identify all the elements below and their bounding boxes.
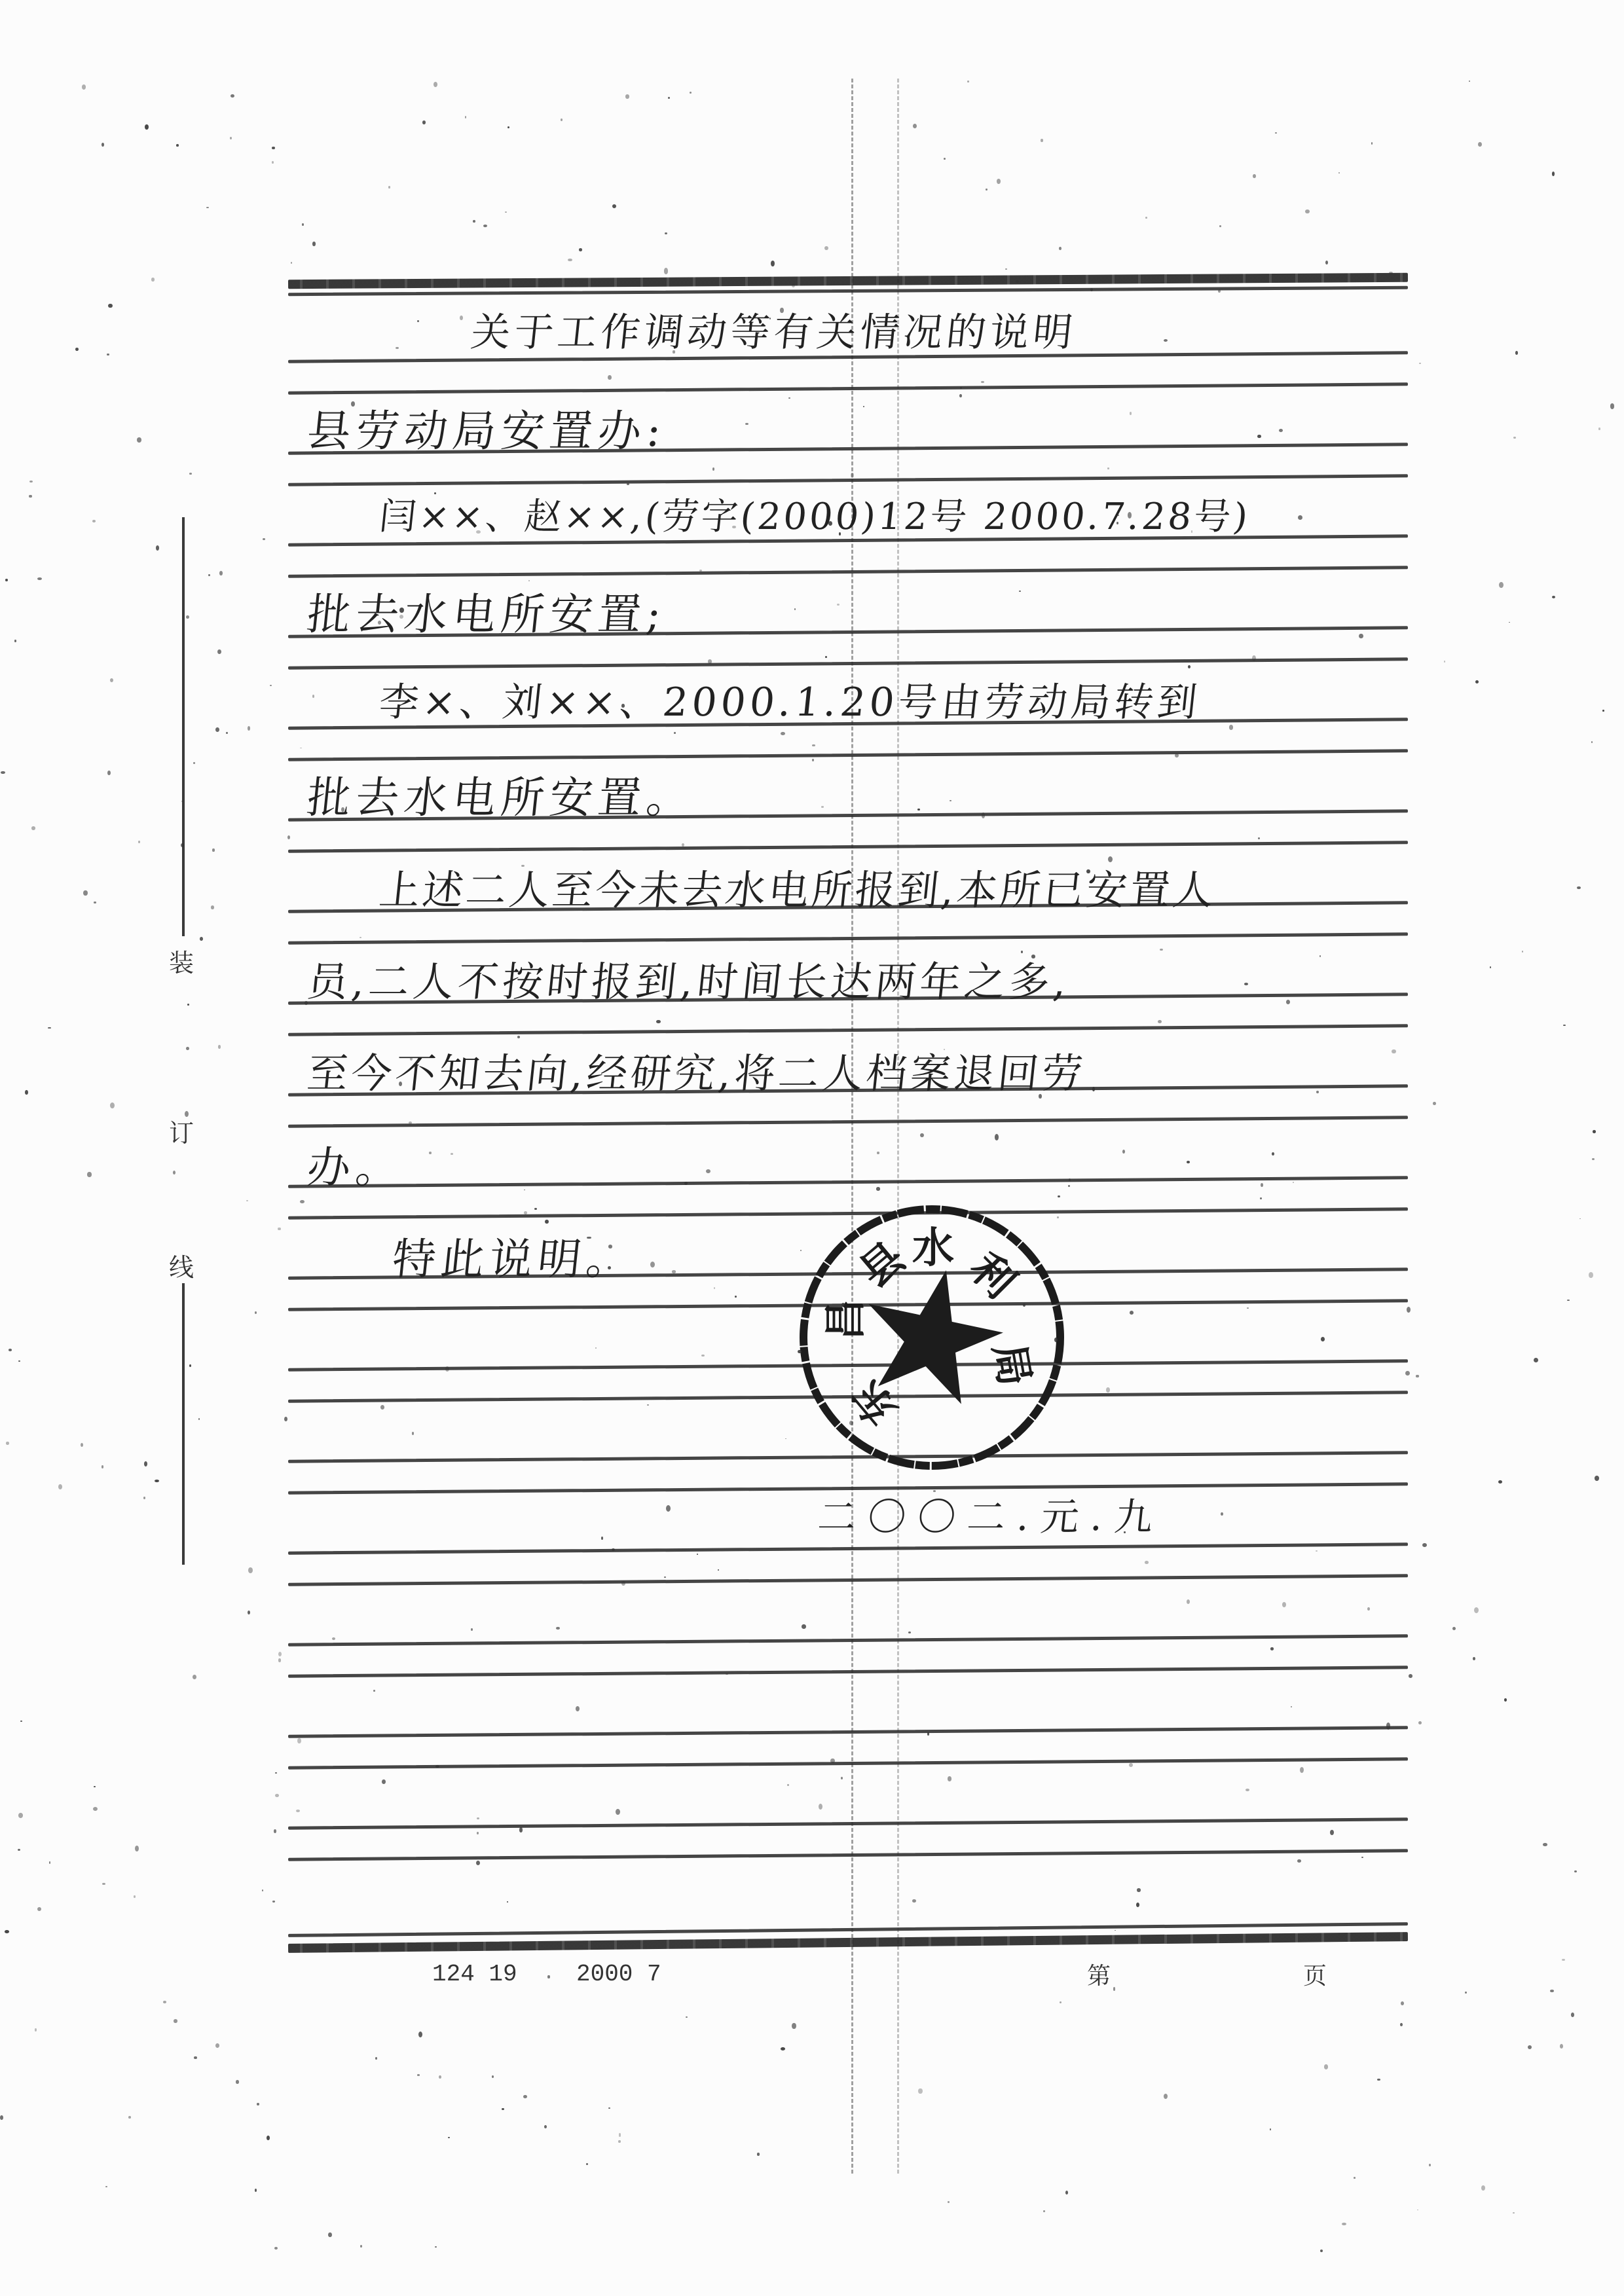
scan-speck (435, 2246, 437, 2248)
scan-speck (1562, 1959, 1565, 1961)
ruled-line (288, 1726, 1408, 1738)
scan-speck (37, 577, 42, 580)
scan-speck (1409, 1674, 1412, 1678)
scan-speck (417, 320, 419, 323)
scan-speck (794, 608, 796, 610)
footer-print-date: 2000 7 (576, 1961, 661, 1988)
scan-speck (37, 1907, 41, 1912)
scan-speck (927, 1732, 930, 1736)
ruled-line (288, 382, 1408, 394)
scan-speck (81, 1443, 83, 1448)
scan-speck (291, 262, 292, 264)
scan-speck (1550, 1990, 1553, 1992)
scan-speck (1282, 1602, 1286, 1607)
scan-speck (105, 2186, 108, 2187)
scan-speck (409, 1121, 412, 1124)
scan-speck (1275, 132, 1277, 134)
ruled-line (288, 1757, 1408, 1769)
body-line: 至今不知去向,经研究,将二人档案退回劳 (304, 1041, 1089, 1099)
scan-speck (135, 1846, 139, 1851)
scan-speck (1092, 1087, 1095, 1091)
ruled-line (288, 749, 1408, 761)
scan-speck (1021, 951, 1023, 953)
scan-speck (230, 137, 232, 139)
footer-page-suffix: 页 (1303, 1958, 1327, 1991)
scan-speck (1229, 725, 1234, 729)
scan-speck (492, 2075, 494, 2078)
scan-speck (328, 2232, 332, 2238)
scan-speck (532, 416, 534, 419)
scan-speck (434, 492, 436, 494)
scan-speck (1218, 289, 1220, 293)
scan-speck (471, 1628, 473, 1631)
scan-speck (231, 94, 234, 98)
scan-speck (1592, 1158, 1595, 1160)
scan-speck (656, 1020, 661, 1024)
scan-speck (1041, 139, 1044, 142)
scan-speck (75, 348, 79, 351)
scan-speck (108, 304, 112, 308)
scan-speck (267, 2136, 270, 2140)
scan-speck (1418, 1721, 1422, 1724)
scan-speck (1298, 515, 1302, 520)
scan-speck (1136, 1903, 1139, 1907)
scan-speck (29, 495, 31, 498)
scan-speck (226, 732, 228, 734)
scan-speck (608, 2107, 610, 2109)
ruled-line (288, 1634, 1408, 1646)
scan-speck (650, 1262, 655, 1267)
scan-speck (20, 1721, 22, 1722)
scan-speck (187, 1004, 189, 1005)
scan-speck (198, 1418, 200, 1420)
scan-speck (236, 2080, 239, 2084)
scan-speck (1286, 1000, 1290, 1004)
scan-speck (1338, 172, 1340, 173)
scan-speck (981, 381, 984, 383)
scan-speck (950, 800, 951, 801)
scan-speck (1598, 428, 1600, 429)
scan-speck (1219, 225, 1221, 227)
scan-speck (58, 1484, 62, 1489)
scan-speck (278, 1652, 282, 1656)
ruled-line (288, 1817, 1408, 1829)
scan-speck (1579, 1218, 1581, 1219)
scan-speck (1422, 1543, 1427, 1547)
scan-speck (735, 1296, 736, 1298)
scan-speck (568, 259, 572, 262)
scan-speck (769, 318, 771, 319)
scan-speck (616, 1809, 619, 1815)
scan-speck (483, 225, 487, 227)
scan-speck (189, 1364, 191, 1367)
scan-speck (908, 1631, 911, 1633)
scan-speck (757, 2153, 760, 2155)
ruled-line (288, 474, 1408, 486)
body-line: 批去水电所安置。 (304, 763, 699, 825)
scan-speck (1300, 1767, 1304, 1773)
scan-speck (948, 1776, 952, 1781)
scan-speck (830, 1758, 835, 1764)
scan-speck (93, 1807, 98, 1811)
scan-speck (1, 771, 5, 774)
scan-speck (781, 2047, 785, 2050)
scan-speck (434, 82, 437, 87)
scan-speck (1158, 1020, 1162, 1023)
scan-speck (1571, 2013, 1574, 2017)
scan-speck (422, 120, 426, 124)
scan-speck (792, 2023, 796, 2029)
scan-speck (1188, 665, 1190, 668)
scan-speck (29, 481, 33, 483)
scan-speck (1129, 1763, 1133, 1767)
scan-speck (300, 748, 301, 749)
scan-speck (465, 116, 466, 118)
scan-speck (181, 843, 184, 847)
scan-speck (246, 1200, 248, 1201)
scan-speck (967, 81, 969, 82)
scan-speck (586, 2163, 588, 2165)
scan-speck (0, 2115, 3, 2120)
scan-speck (1419, 363, 1421, 364)
scan-speck (439, 2075, 441, 2079)
scan-speck (519, 1827, 523, 1832)
scan-speck (272, 147, 274, 149)
ruled-line (288, 1574, 1408, 1586)
scan-speck (102, 1883, 105, 1886)
scan-speck (1465, 1992, 1467, 1994)
scan-speck (218, 1045, 221, 1049)
scan-speck (297, 1738, 301, 1743)
scan-speck (1405, 1371, 1410, 1376)
scan-speck (1291, 1706, 1292, 1707)
scan-speck (1054, 1338, 1058, 1342)
scan-speck (666, 1505, 671, 1512)
scan-speck (625, 94, 629, 99)
scan-speck (792, 283, 795, 287)
scan-speck (1246, 1789, 1249, 1791)
scan-speck (1543, 1843, 1547, 1846)
scan-speck (1401, 2001, 1404, 2005)
scan-speck (332, 1637, 335, 1641)
scan-speck (275, 1772, 277, 1774)
scan-speck (1481, 2185, 1485, 2191)
scan-speck (101, 143, 104, 147)
scan-speck (1106, 1387, 1110, 1393)
scan-speck (215, 727, 219, 732)
scan-speck (674, 732, 676, 734)
scan-speck (1164, 2094, 1168, 2099)
scan-speck (944, 158, 946, 160)
scan-speck (278, 1658, 282, 1662)
scan-speck (1261, 1183, 1263, 1186)
scan-speck (1567, 1300, 1570, 1302)
ruled-line (288, 1024, 1408, 1036)
scan-speck (1115, 1930, 1116, 1931)
scan-speck (802, 1624, 805, 1629)
scan-speck (373, 1690, 375, 1692)
scan-speck (1475, 680, 1479, 683)
scan-speck (917, 809, 920, 811)
scan-speck (579, 248, 582, 251)
scan-speck (174, 2019, 177, 2023)
scan-speck (302, 223, 304, 226)
scan-speck (382, 1779, 386, 1784)
scan-speck (255, 2189, 257, 2192)
scan-speck (388, 186, 390, 188)
scan-speck (1005, 268, 1007, 270)
scan-speck (193, 1675, 196, 1679)
scan-speck (812, 759, 814, 761)
scan-speck (1270, 1647, 1274, 1650)
scan-speck (1591, 741, 1593, 743)
scan-speck (1377, 2079, 1380, 2081)
scan-speck (263, 538, 265, 540)
scan-speck (94, 1786, 96, 1787)
scan-speck (110, 678, 114, 683)
scan-speck (920, 1133, 924, 1138)
scan-speck (1122, 1150, 1125, 1154)
scan-speck (1069, 1178, 1071, 1181)
scan-speck (1577, 886, 1580, 889)
scan-speck (1113, 1987, 1116, 1991)
scan-speck (627, 483, 630, 485)
scan-speck (986, 189, 987, 190)
scan-speck (841, 1303, 845, 1306)
scan-speck (1429, 2164, 1431, 2166)
scan-speck (278, 1228, 280, 1231)
scan-speck (284, 1417, 287, 1422)
scan-speck (1116, 522, 1118, 524)
scan-speck (1490, 966, 1491, 968)
scan-speck (745, 423, 748, 425)
scan-speck (360, 937, 361, 939)
scan-speck (14, 640, 16, 642)
body-line: 闫××、赵××,(劳字(2000)12号 2000.7.28号) (377, 488, 1253, 540)
scan-speck (1023, 1303, 1025, 1307)
scan-speck (185, 1111, 189, 1117)
body-line: 批去水电所安置; (304, 579, 670, 642)
scan-speck (5, 579, 7, 581)
scan-speck (1498, 1480, 1502, 1484)
scan-speck (1258, 837, 1260, 839)
scan-speck (274, 1829, 276, 1832)
scan-speck (1260, 1197, 1262, 1199)
binding-line-bottom (182, 1283, 185, 1565)
scan-speck (1386, 1722, 1391, 1729)
scan-speck (137, 437, 141, 443)
scan-speck (255, 1311, 257, 1314)
scan-speck (215, 2043, 219, 2048)
scan-speck (1043, 2210, 1045, 2212)
scan-speck (1330, 1830, 1334, 1835)
scan-speck (718, 1569, 719, 1571)
scan-speck (837, 604, 840, 606)
scan-speck (18, 1849, 20, 1851)
scan-speck (1473, 1657, 1475, 1660)
scan-speck (1528, 2045, 1532, 2049)
scan-speck (524, 1211, 528, 1214)
scan-speck (819, 1804, 822, 1810)
scan-speck (576, 1706, 580, 1711)
scan-speck (1145, 1561, 1149, 1564)
scan-speck (1130, 412, 1132, 414)
scan-speck (107, 354, 109, 356)
scan-speck (664, 1576, 665, 1578)
scan-speck (668, 97, 670, 99)
scan-speck (1145, 217, 1147, 219)
scan-speck (1244, 983, 1248, 985)
scan-speck (812, 744, 815, 746)
scan-speck (505, 211, 507, 213)
scan-speck (1187, 1161, 1190, 1163)
body-line: 办。 (304, 1133, 408, 1195)
scan-speck (1552, 172, 1555, 176)
scan-speck (18, 1360, 20, 1362)
scan-speck (995, 1134, 999, 1140)
scan-speck (1433, 1102, 1436, 1105)
scan-speck (876, 1187, 880, 1190)
scan-speck (1319, 955, 1321, 957)
scan-speck (351, 401, 355, 407)
scan-speck (1416, 1375, 1419, 1377)
scan-speck (25, 1090, 28, 1095)
scan-speck (1305, 210, 1309, 213)
scan-speck (144, 1461, 147, 1467)
scan-speck (523, 2095, 526, 2098)
scan-speck (155, 1480, 159, 1482)
scan-speck (145, 124, 149, 130)
scan-speck (672, 1270, 676, 1273)
binding-line-top (182, 517, 185, 936)
scan-speck (275, 1794, 279, 1797)
scan-speck (1321, 1337, 1325, 1341)
scan-speck (429, 1152, 432, 1154)
scan-speck (1417, 2210, 1418, 2211)
scan-speck (418, 2032, 422, 2037)
ruled-line (288, 566, 1408, 577)
fold-line (851, 79, 853, 2174)
scan-speck (460, 316, 463, 320)
scan-speck (621, 1581, 625, 1586)
scan-speck (587, 1237, 591, 1239)
scan-speck (697, 1554, 698, 1555)
scan-speck (83, 890, 87, 896)
scan-speck (1272, 1152, 1274, 1156)
scan-speck (304, 1001, 307, 1006)
scan-speck (9, 1349, 12, 1351)
document-title: 关于工作调动等有关情况的说明 (468, 301, 1079, 357)
scan-speck (1065, 2191, 1069, 2195)
scan-speck (138, 841, 141, 844)
scan-speck (173, 1171, 175, 1175)
svg-text:昌: 昌 (822, 1299, 870, 1341)
scan-speck (1610, 403, 1615, 409)
scan-speck (849, 1421, 853, 1425)
scan-speck (380, 1405, 384, 1410)
scan-speck (257, 2103, 259, 2105)
signature-date: 二〇〇二.元.九 (816, 1486, 1168, 1541)
scan-speck (1563, 1025, 1566, 1026)
scan-speck (94, 902, 96, 903)
scan-speck (619, 2133, 621, 2137)
scan-speck (1316, 1550, 1318, 1552)
scan-speck (982, 812, 986, 818)
scan-speck (1060, 2001, 1062, 2004)
scan-speck (248, 726, 251, 731)
scan-speck (1602, 710, 1604, 712)
scan-speck (863, 406, 864, 407)
scan-speck (1279, 429, 1283, 433)
scan-speck (1164, 339, 1168, 342)
scan-speck (477, 1817, 479, 1819)
scan-speck (1515, 351, 1518, 354)
scan-speck (1595, 1476, 1599, 1481)
scan-speck (87, 1172, 91, 1176)
body-line: 员,二人不按时报到,时间长达两年之多, (304, 949, 1073, 1008)
scan-speck (270, 685, 272, 686)
scan-speck (48, 1027, 50, 1029)
body-line: 李×、刘××、2000.1.20号由劳动局转到 (377, 671, 1204, 727)
scan-speck (451, 1153, 453, 1155)
scan-speck (399, 1082, 402, 1086)
scan-speck (825, 656, 827, 657)
scan-speck (1452, 1627, 1456, 1630)
scan-speck (544, 2125, 547, 2129)
scan-speck (1522, 951, 1523, 953)
scan-speck (194, 2056, 197, 2060)
scan-speck (300, 1200, 304, 1203)
scan-speck (1257, 435, 1261, 439)
scan-speck (959, 394, 961, 397)
scan-speck (1504, 1698, 1507, 1702)
scan-speck (595, 1347, 597, 1349)
scan-speck (1513, 437, 1516, 439)
scan-speck (1187, 1599, 1190, 1605)
svg-text:县: 县 (851, 1233, 914, 1298)
scan-speck (143, 1497, 145, 1499)
scan-speck (1361, 1857, 1363, 1858)
scan-speck (200, 937, 203, 941)
closing-line: 特此说明。 (390, 1224, 638, 1286)
scan-speck (561, 118, 563, 121)
scan-speck (545, 1220, 549, 1224)
scan-speck (821, 806, 823, 808)
scan-speck (788, 397, 790, 399)
scan-speck (375, 2057, 377, 2060)
binding-char-ding: 订 (169, 1113, 194, 1149)
scan-speck (608, 1245, 612, 1248)
scan-speck (1589, 1272, 1593, 1278)
scan-speck (1320, 2250, 1323, 2252)
scan-speck (771, 261, 775, 266)
scan-speck (1247, 1307, 1249, 1309)
scan-speck (1221, 1512, 1224, 1516)
scan-speck (262, 1889, 263, 1891)
scan-speck (473, 220, 475, 223)
scan-speck (726, 1673, 728, 1675)
scan-speck (824, 246, 828, 250)
scan-speck (476, 1861, 480, 1865)
scan-speck (1444, 661, 1446, 663)
svg-text:利: 利 (960, 1244, 1024, 1308)
scan-speck (1534, 1358, 1538, 1362)
scan-speck (918, 2088, 922, 2094)
ruled-line (288, 657, 1408, 669)
scan-speck (647, 1404, 649, 1406)
scan-speck (1354, 2177, 1355, 2179)
scan-speck (49, 1861, 50, 1863)
